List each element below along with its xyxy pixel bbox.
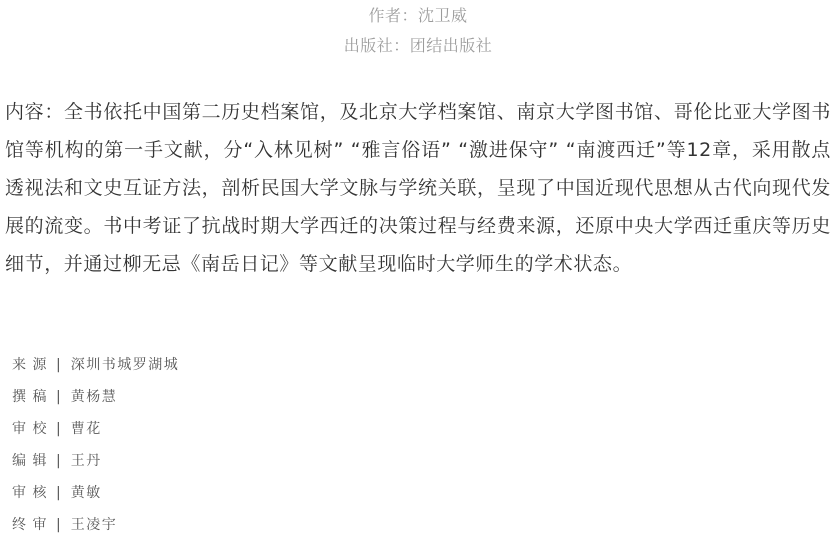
credit-separator: |: [56, 349, 62, 381]
credit-row-final-reviewer: 终 审|王凌宇: [12, 509, 836, 541]
credit-separator: |: [56, 413, 62, 445]
credit-row-proofreader: 审 校|曹花: [12, 413, 836, 445]
credit-value: 王凌宇: [71, 517, 118, 533]
publisher-line: 出版社：团结出版社: [0, 31, 836, 61]
article-page: 作者：沈卫威 出版社：团结出版社 内容：全书依托中国第二历史档案馆，及北京大学档…: [0, 0, 836, 554]
credit-row-writer: 撰 稿|黄杨慧: [12, 381, 836, 413]
credit-label: 审 核: [12, 477, 50, 509]
credit-value: 王丹: [71, 453, 102, 469]
credit-label: 编 辑: [12, 445, 50, 477]
credit-value: 深圳书城罗湖城: [71, 357, 180, 373]
credit-separator: |: [56, 509, 62, 541]
credit-row-reviewer: 审 核|黄敏: [12, 477, 836, 509]
author-line: 作者：沈卫威: [0, 1, 836, 31]
book-meta-header: 作者：沈卫威 出版社：团结出版社: [0, 0, 836, 61]
credits-list: 来 源|深圳书城罗湖城 撰 稿|黄杨慧 审 校|曹花 编 辑|王丹 审 核|黄敏…: [0, 349, 836, 541]
credit-separator: |: [56, 477, 62, 509]
credit-label: 终 审: [12, 509, 50, 541]
credit-value: 曹花: [71, 421, 102, 437]
credit-label: 审 校: [12, 413, 50, 445]
credit-separator: |: [56, 445, 62, 477]
content-summary-paragraph: 内容：全书依托中国第二历史档案馆，及北京大学档案馆、南京大学图书馆、哥伦比亚大学…: [5, 93, 831, 283]
credit-label: 撰 稿: [12, 381, 50, 413]
credit-row-editor: 编 辑|王丹: [12, 445, 836, 477]
credit-value: 黄敏: [71, 485, 102, 501]
credit-label: 来 源: [12, 349, 50, 381]
credit-separator: |: [56, 381, 62, 413]
credit-value: 黄杨慧: [71, 389, 118, 405]
credit-row-source: 来 源|深圳书城罗湖城: [12, 349, 836, 381]
